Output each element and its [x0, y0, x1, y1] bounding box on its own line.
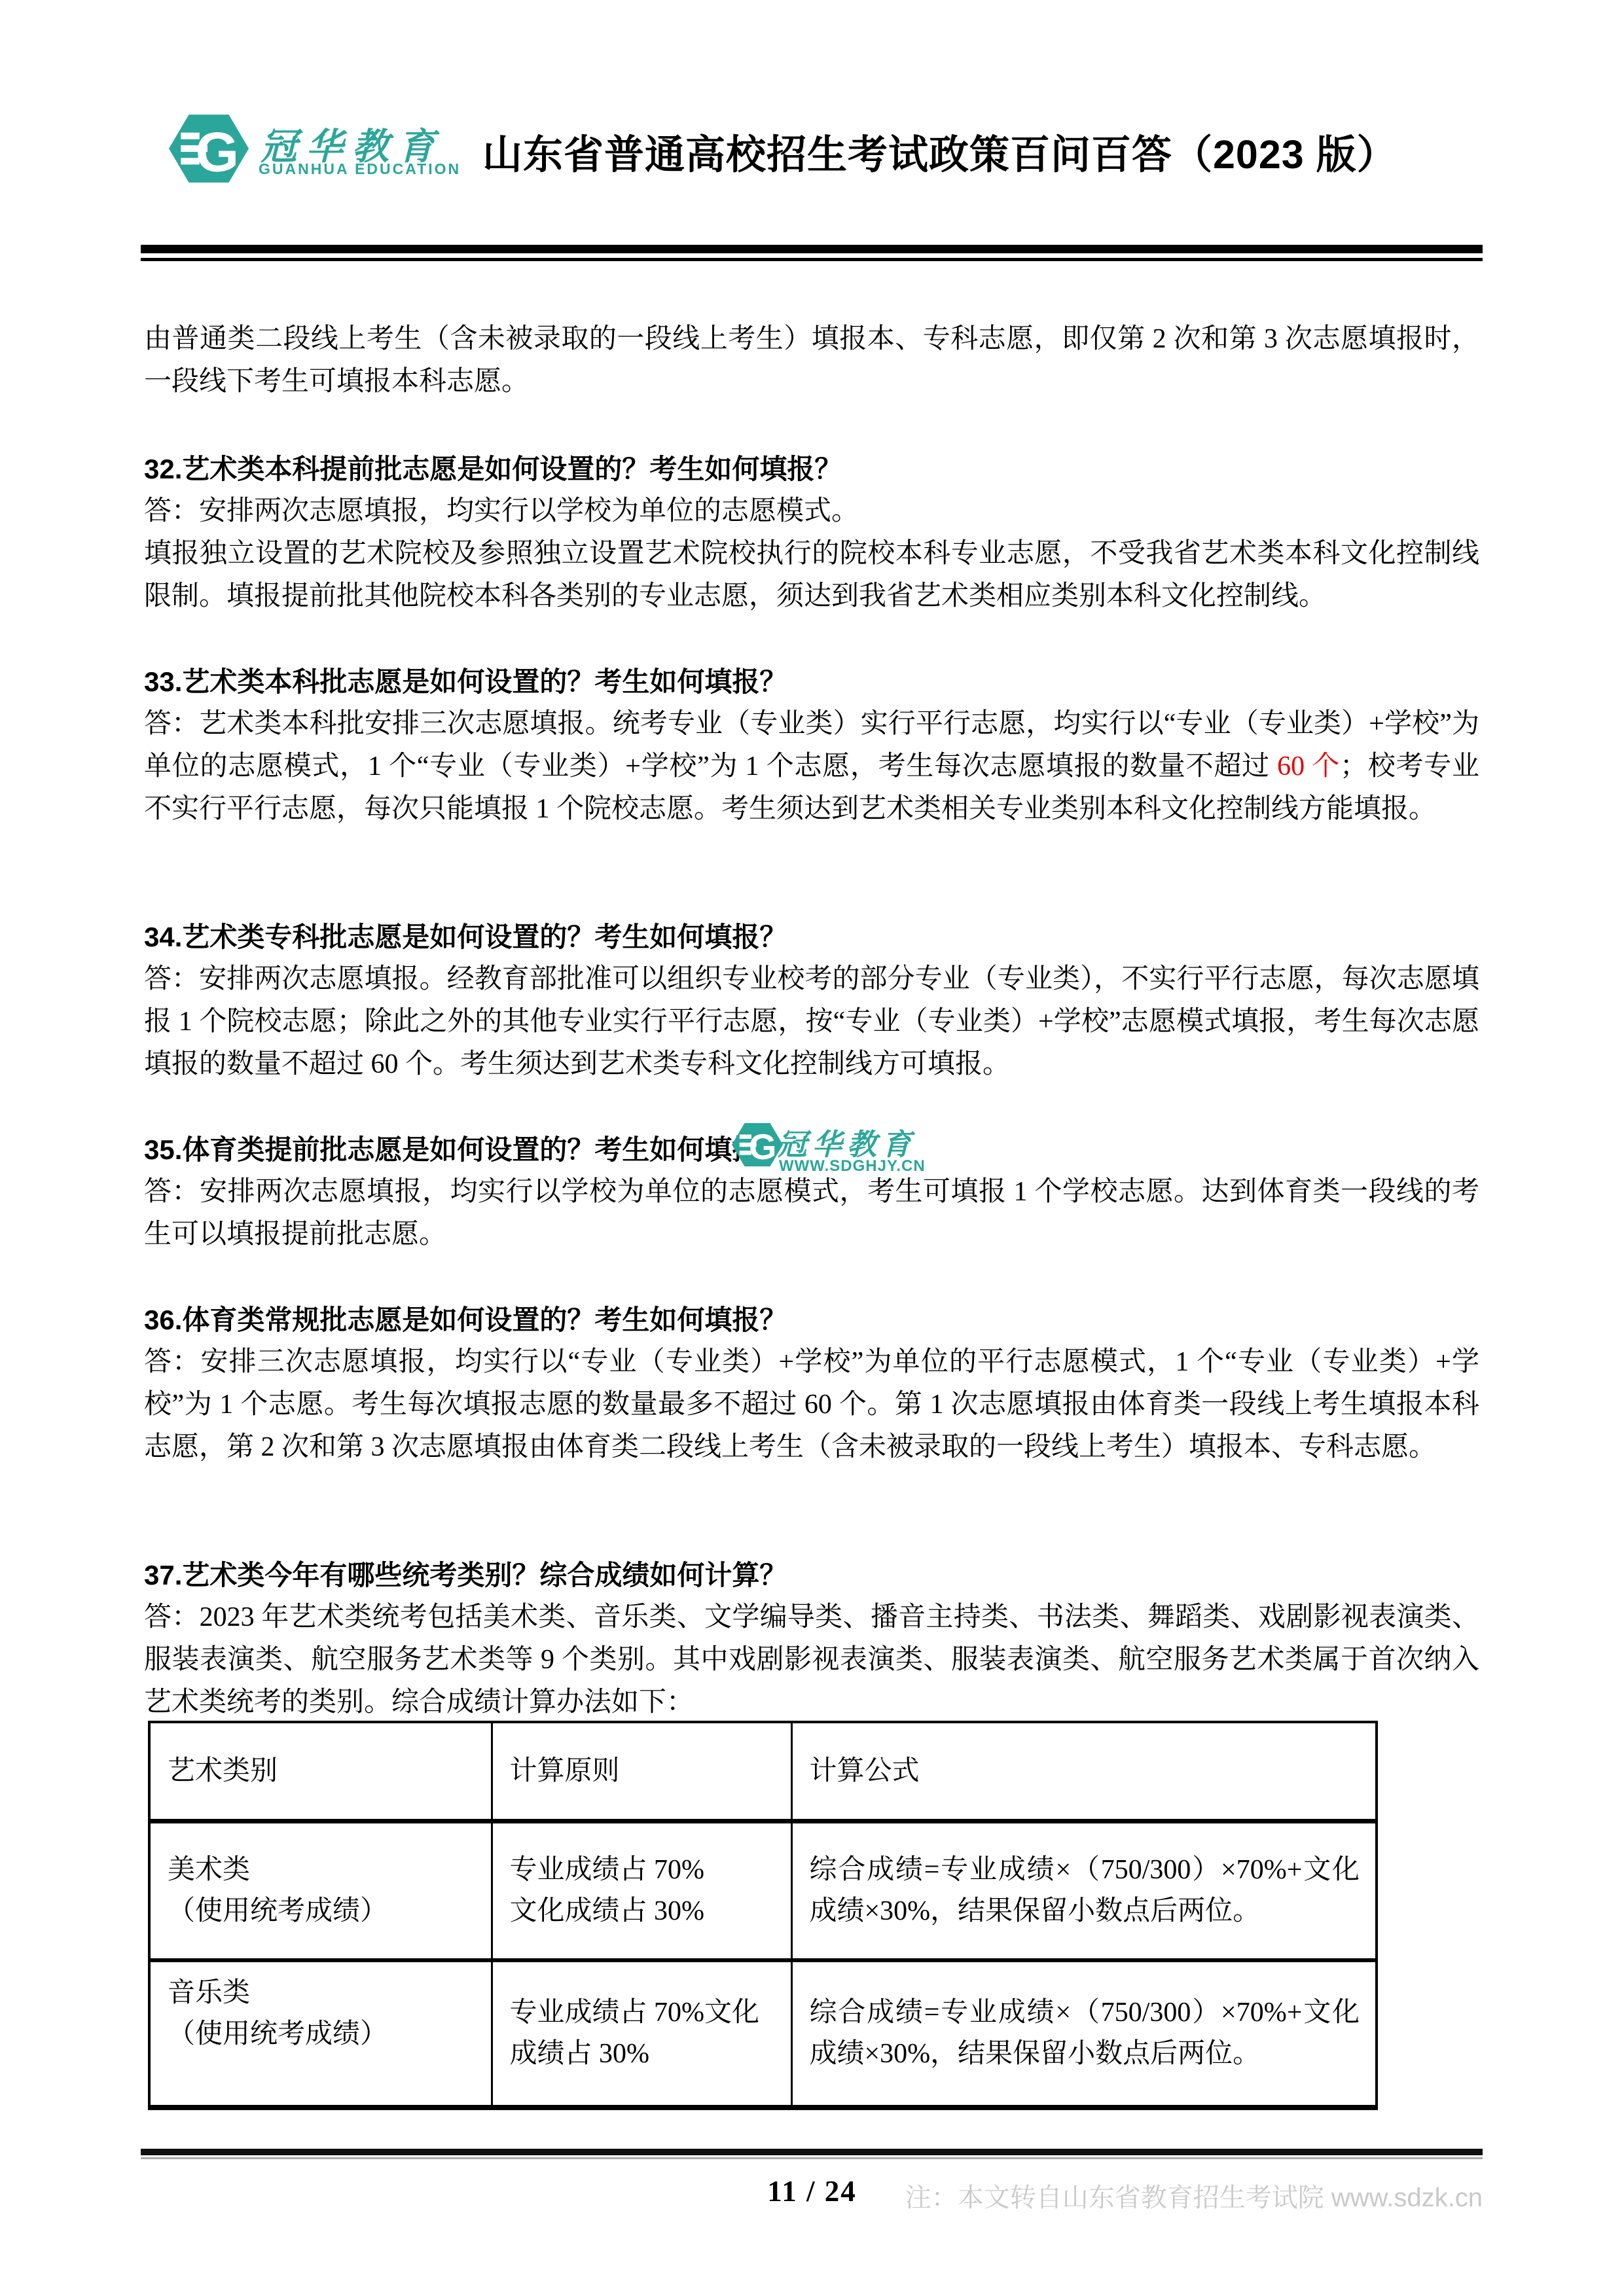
- table-header-formula: 计算公式: [791, 1722, 1377, 1821]
- question-32: 32.艺术类本科提前批志愿是如何设置的？考生如何填报？: [144, 448, 1479, 490]
- footer-divider-thin: [141, 2157, 1483, 2159]
- svg-text:G: G: [196, 122, 239, 184]
- table-header-principle: 计算原则: [492, 1722, 791, 1821]
- answer-32: 答：安排两次志愿填报，均实行以学校为单位的志愿模式。 填报独立设置的艺术院校及参…: [144, 490, 1479, 618]
- table-row: 音乐类 （使用统考成绩） 专业成绩占 70%文化 成绩占 30% 综合成绩=专业…: [149, 1960, 1377, 2108]
- document-page: G 冠华教育 GUANHUA EDUCATION 山东省普通高校招生考试政策百问…: [0, 0, 1624, 2296]
- footer-divider-thick: [141, 2149, 1483, 2155]
- score-calculation-table: 艺术类别 计算原则 计算公式 美术类 （使用统考成绩） 专业成绩占 70% 文化…: [148, 1721, 1378, 2110]
- table-row: 美术类 （使用统考成绩） 专业成绩占 70% 文化成绩占 30% 综合成绩=专业…: [149, 1821, 1377, 1961]
- cell-principle-art: 专业成绩占 70% 文化成绩占 30%: [492, 1821, 791, 1961]
- question-33: 33.艺术类本科批志愿是如何设置的？考生如何填报？: [144, 660, 1479, 703]
- company-logo-hexagon-icon: G: [169, 109, 249, 188]
- header-divider-thick: [141, 245, 1483, 253]
- table-header-row: 艺术类别 计算原则 计算公式: [149, 1722, 1377, 1821]
- svg-text:G: G: [749, 1127, 776, 1167]
- intro-paragraph: 由普通类二段线上考生（含未被录取的一段线上考生）填报本、专科志愿，即仅第 2 次…: [144, 318, 1479, 403]
- answer-33-highlight: 60 个: [1277, 751, 1340, 781]
- cell-category-art: 美术类 （使用统考成绩）: [149, 1821, 492, 1961]
- table-header-category: 艺术类别: [149, 1722, 492, 1821]
- cell-category-music: 音乐类 （使用统考成绩）: [149, 1960, 492, 2108]
- question-34: 34.艺术类专科批志愿是如何设置的？考生如何填报？: [144, 916, 1479, 958]
- question-36: 36.体育类常规批志愿是如何设置的？考生如何填报？: [144, 1299, 1479, 1341]
- page-title: 山东省普通高校招生考试政策百问百答（2023 版）: [482, 123, 1490, 180]
- logo-company-name-en: GUANHUA EDUCATION: [259, 160, 461, 178]
- answer-37: 答：2023 年艺术类统考包括美术类、音乐类、文学编导类、播音主持类、书法类、舞…: [144, 1596, 1479, 1724]
- answer-33: 答：艺术类本科批安排三次志愿填报。统考专业（专业类）实行平行志愿，均实行以“专业…: [144, 703, 1479, 831]
- header-divider-thin: [141, 258, 1483, 261]
- cell-formula-art: 综合成绩=专业成绩×（750/300）×70%+文化成绩×30%，结果保留小数点…: [791, 1821, 1377, 1961]
- footer-note: 注：本文转自山东省教育招生考试院 www.sdzk.cn: [905, 2177, 1483, 2214]
- answer-36: 答：安排三次志愿填报，均实行以“专业（专业类）+学校”为单位的平行志愿模式，1 …: [144, 1341, 1479, 1469]
- answer-34: 答：安排两次志愿填报。经教育部批准可以组织专业校考的部分专业（专业类），不实行平…: [144, 958, 1479, 1086]
- watermark-hexagon-icon: G: [732, 1119, 783, 1170]
- cell-principle-music: 专业成绩占 70%文化 成绩占 30%: [492, 1960, 791, 2108]
- cell-formula-music: 综合成绩=专业成绩×（750/300）×70%+文化成绩×30%，结果保留小数点…: [791, 1960, 1377, 2108]
- question-37: 37.艺术类今年有哪些统考类别？综合成绩如何计算？: [144, 1554, 1479, 1596]
- answer-35: 答：安排两次志愿填报，均实行以学校为单位的志愿模式，考生可填报 1 个学校志愿。…: [144, 1171, 1479, 1256]
- watermark: G 冠华教育 WWW.SDGHJY.CN: [732, 1117, 928, 1182]
- watermark-url: WWW.SDGHJY.CN: [779, 1157, 926, 1175]
